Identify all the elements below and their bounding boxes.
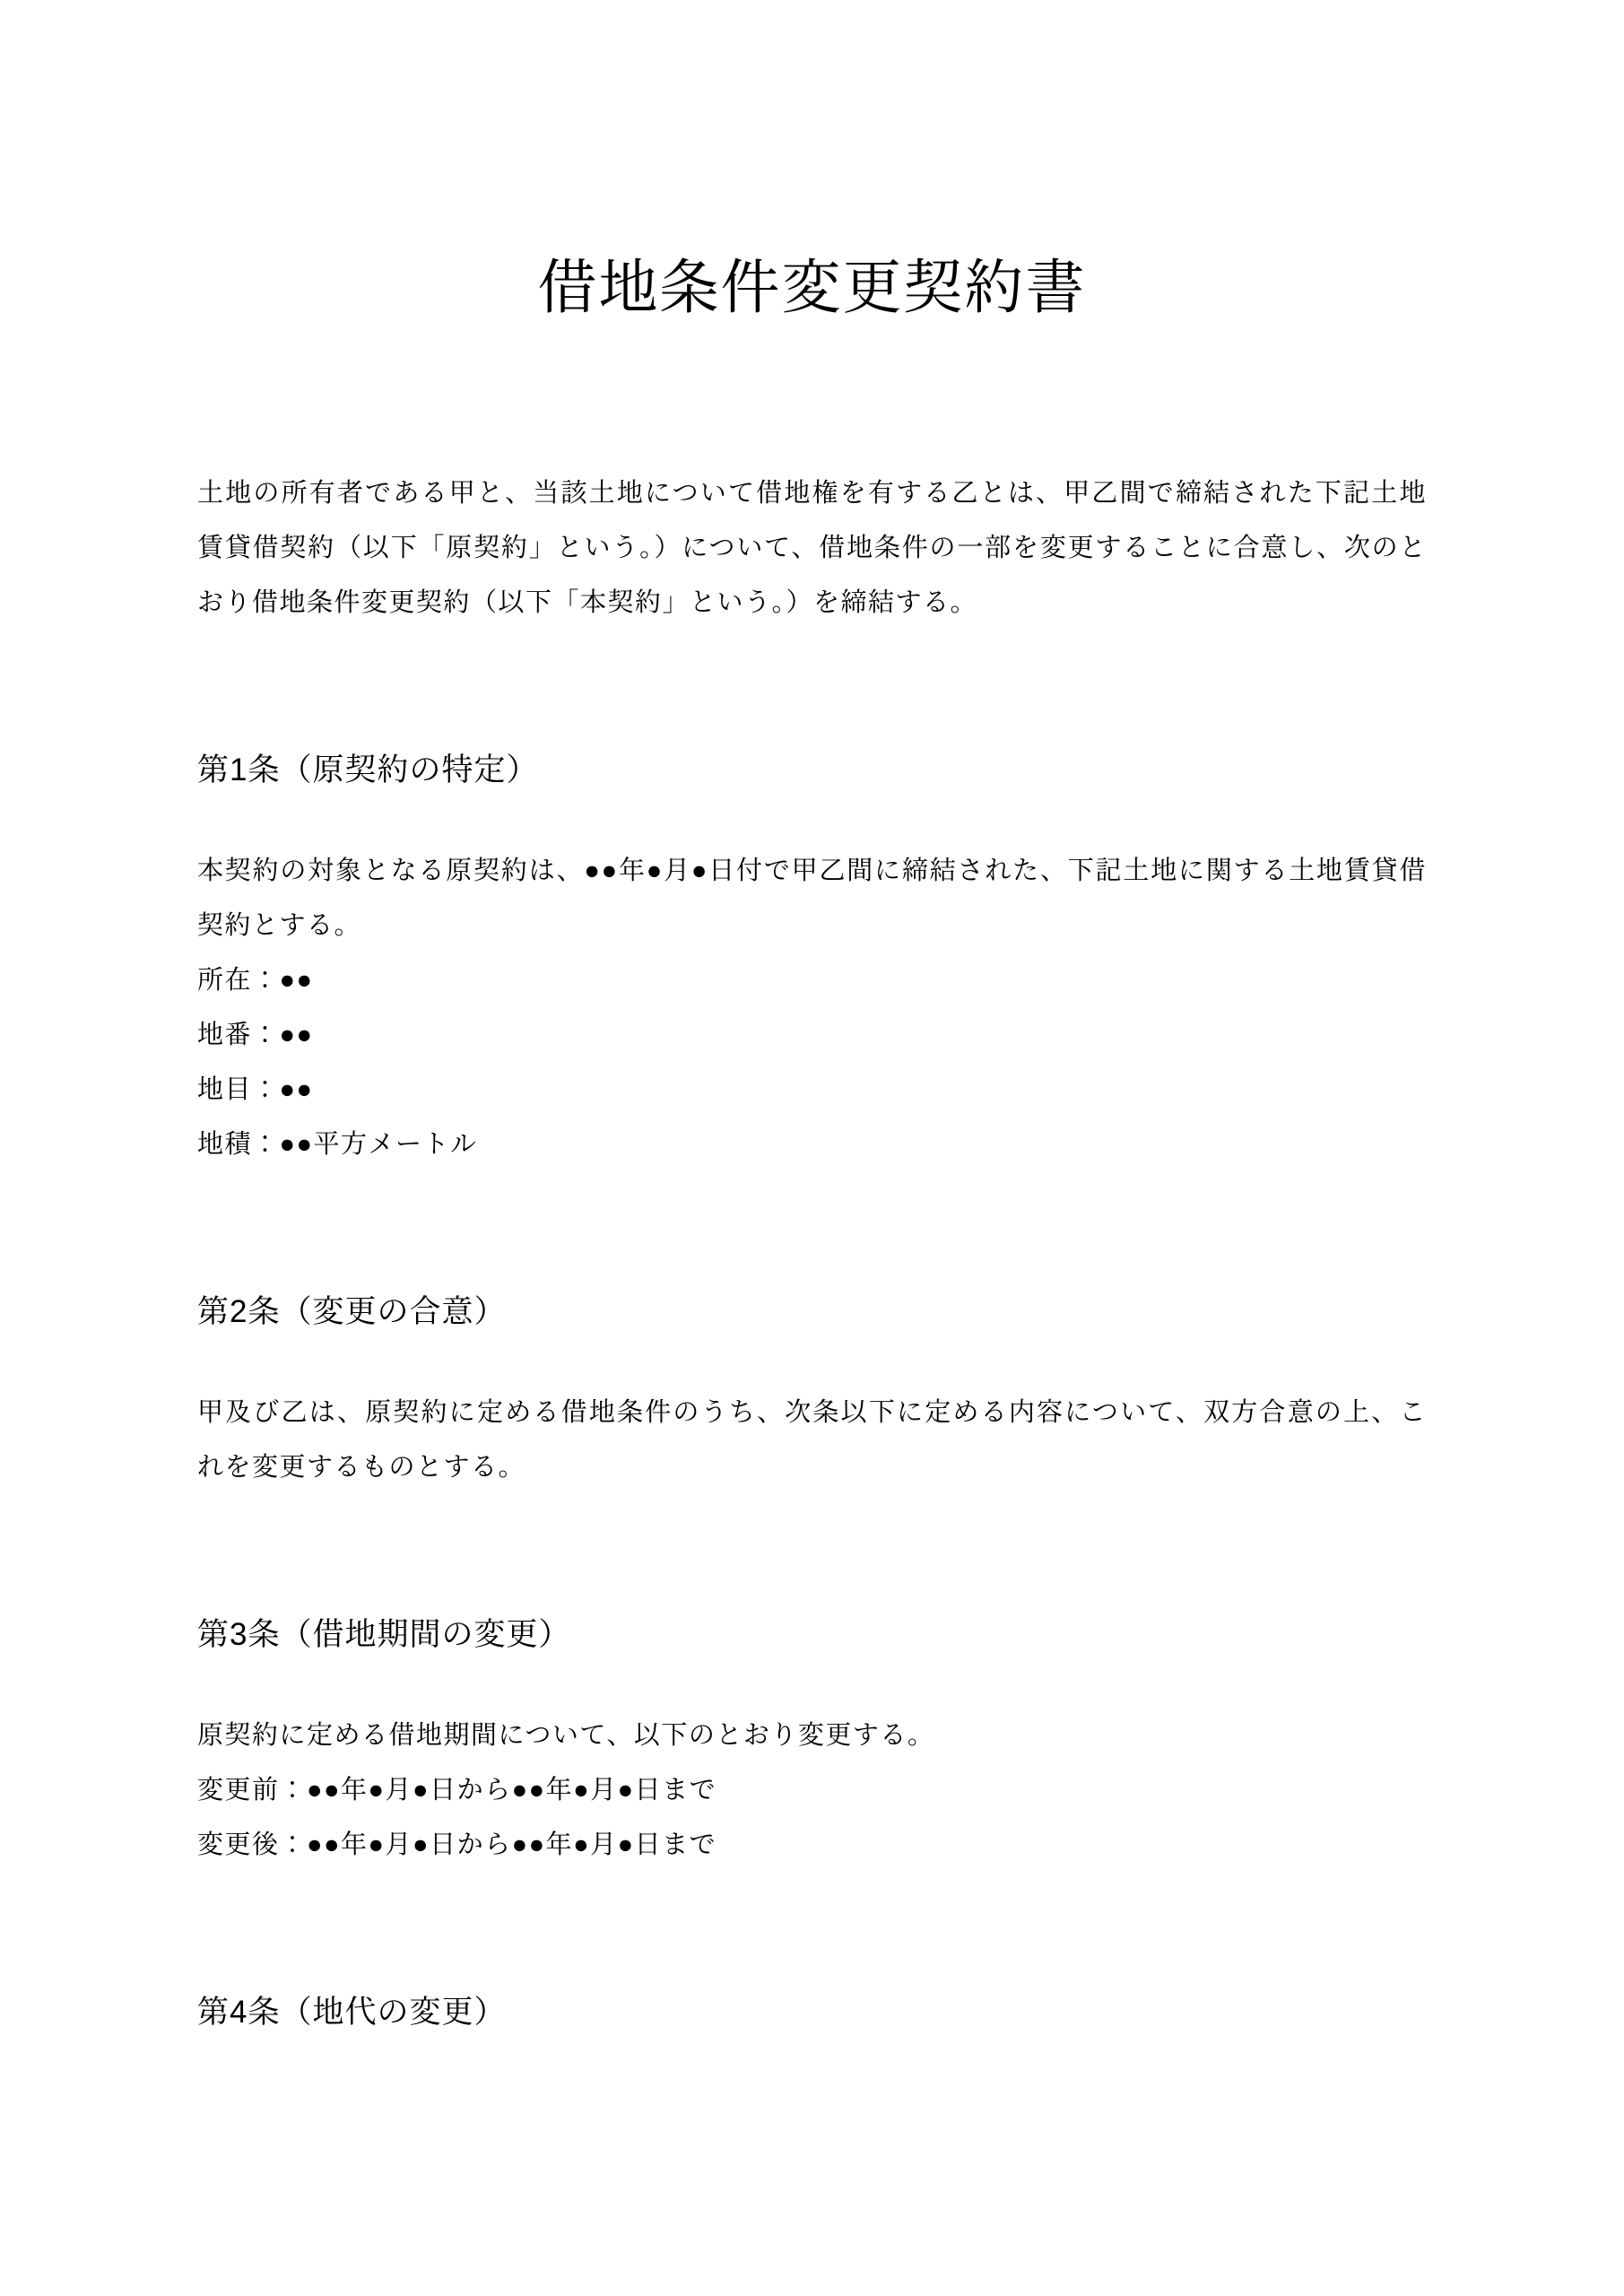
section-3-paragraph: 原契約に定める借地期間について、以下のとおり変更する。 [197,1709,1427,1763]
section-3-body: 原契約に定める借地期間について、以下のとおり変更する。 変更前：●●年●月●日か… [197,1709,1427,1873]
section-1-paragraph: 本契約の対象となる原契約は、●●年●月●日付で甲乙間に締結された、下記土地に関す… [197,844,1427,953]
section-2-heading: 第2条（変更の合意） [197,1291,1427,1334]
section-1-line-lot-number: 地番：●● [197,1008,1427,1063]
section-4-heading: 第4条（地代の変更） [197,1991,1427,2034]
document-page: 借地条件変更契約書 土地の所有者である甲と、当該土地について借地権を有する乙とは… [0,0,1624,2296]
section-1-line-location: 所在：●● [197,953,1427,1008]
intro-paragraph: 土地の所有者である甲と、当該土地について借地権を有する乙とは、甲乙間で締結された… [197,466,1427,631]
section-1-line-land-area: 地積：●●平方メートル [197,1118,1427,1172]
section-1-body: 本契約の対象となる原契約は、●●年●月●日付で甲乙間に締結された、下記土地に関す… [197,844,1427,1172]
document-title: 借地条件変更契約書 [197,0,1427,323]
section-3-line-before-change: 変更前：●●年●月●日から●●年●月●日まで [197,1763,1427,1818]
section-2-paragraph: 甲及び乙は、原契約に定める借地条件のうち、次条以下に定める内容について、双方合意… [197,1386,1427,1495]
section-1-heading: 第1条（原契約の特定） [197,749,1427,792]
section-3-heading: 第3条（借地期間の変更） [197,1613,1427,1657]
section-3-line-after-change: 変更後：●●年●月●日から●●年●月●日まで [197,1818,1427,1873]
section-1-line-land-category: 地目：●● [197,1063,1427,1118]
section-2-body: 甲及び乙は、原契約に定める借地条件のうち、次条以下に定める内容について、双方合意… [197,1386,1427,1495]
